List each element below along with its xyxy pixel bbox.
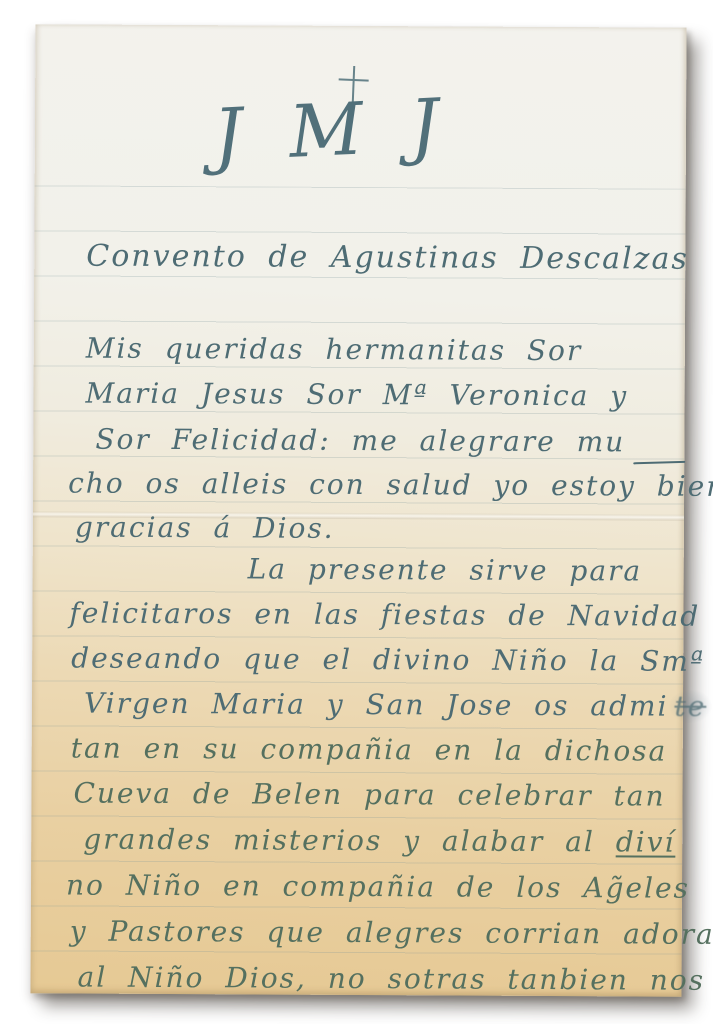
letter-line: grandes misterios y alabar al diví — [83, 823, 675, 859]
letter-line-text: grandes misterios y alabar al — [83, 823, 616, 859]
letter-line: Mis queridas hermanitas Sor — [86, 332, 583, 368]
letter-line: gracias á Dios. — [75, 511, 335, 545]
letter-line-text: Virgen Maria y San Jose os admi — [84, 687, 669, 723]
letter-line: Virgen Maria y San Jose os admite — [84, 687, 712, 723]
letter-line: cho os alleis con salud yo estoy bien — [68, 466, 713, 502]
letter-line: Cueva de Belen para celebrar tan — [73, 777, 665, 813]
letter-line: al Niño Dios, no sotras tanbien nos — [77, 961, 705, 997]
underlined-word: diví — [616, 825, 676, 858]
letter-line: tan en su compañia en la dichosa — [71, 731, 668, 767]
letter-line: felicitaros en las fiestas de Navidad — [69, 596, 700, 632]
letter-line: y Pastores que alegres corrian adorar — [70, 914, 713, 950]
continuation-dash — [633, 461, 685, 465]
letter-heading: Convento de Agustinas Descalzas — [86, 239, 689, 277]
crossed-out-word: te — [668, 690, 712, 723]
letter-line: Maria Jesus Sor Mª Veronica y — [86, 377, 629, 413]
jmj-monogram: J M J — [205, 82, 459, 178]
letter-line: no Niño en compañia de los Ag̃eles — [66, 868, 690, 904]
letter-line: deseando que el divino Niño la Smª — [71, 641, 705, 677]
letter-line: La presente sirve para — [248, 552, 643, 587]
letter-line: Sor Felicidad: me alegrare mu — [95, 423, 625, 459]
letter-paper: J M J Convento de Agustinas Descalzas Mi… — [30, 24, 686, 996]
